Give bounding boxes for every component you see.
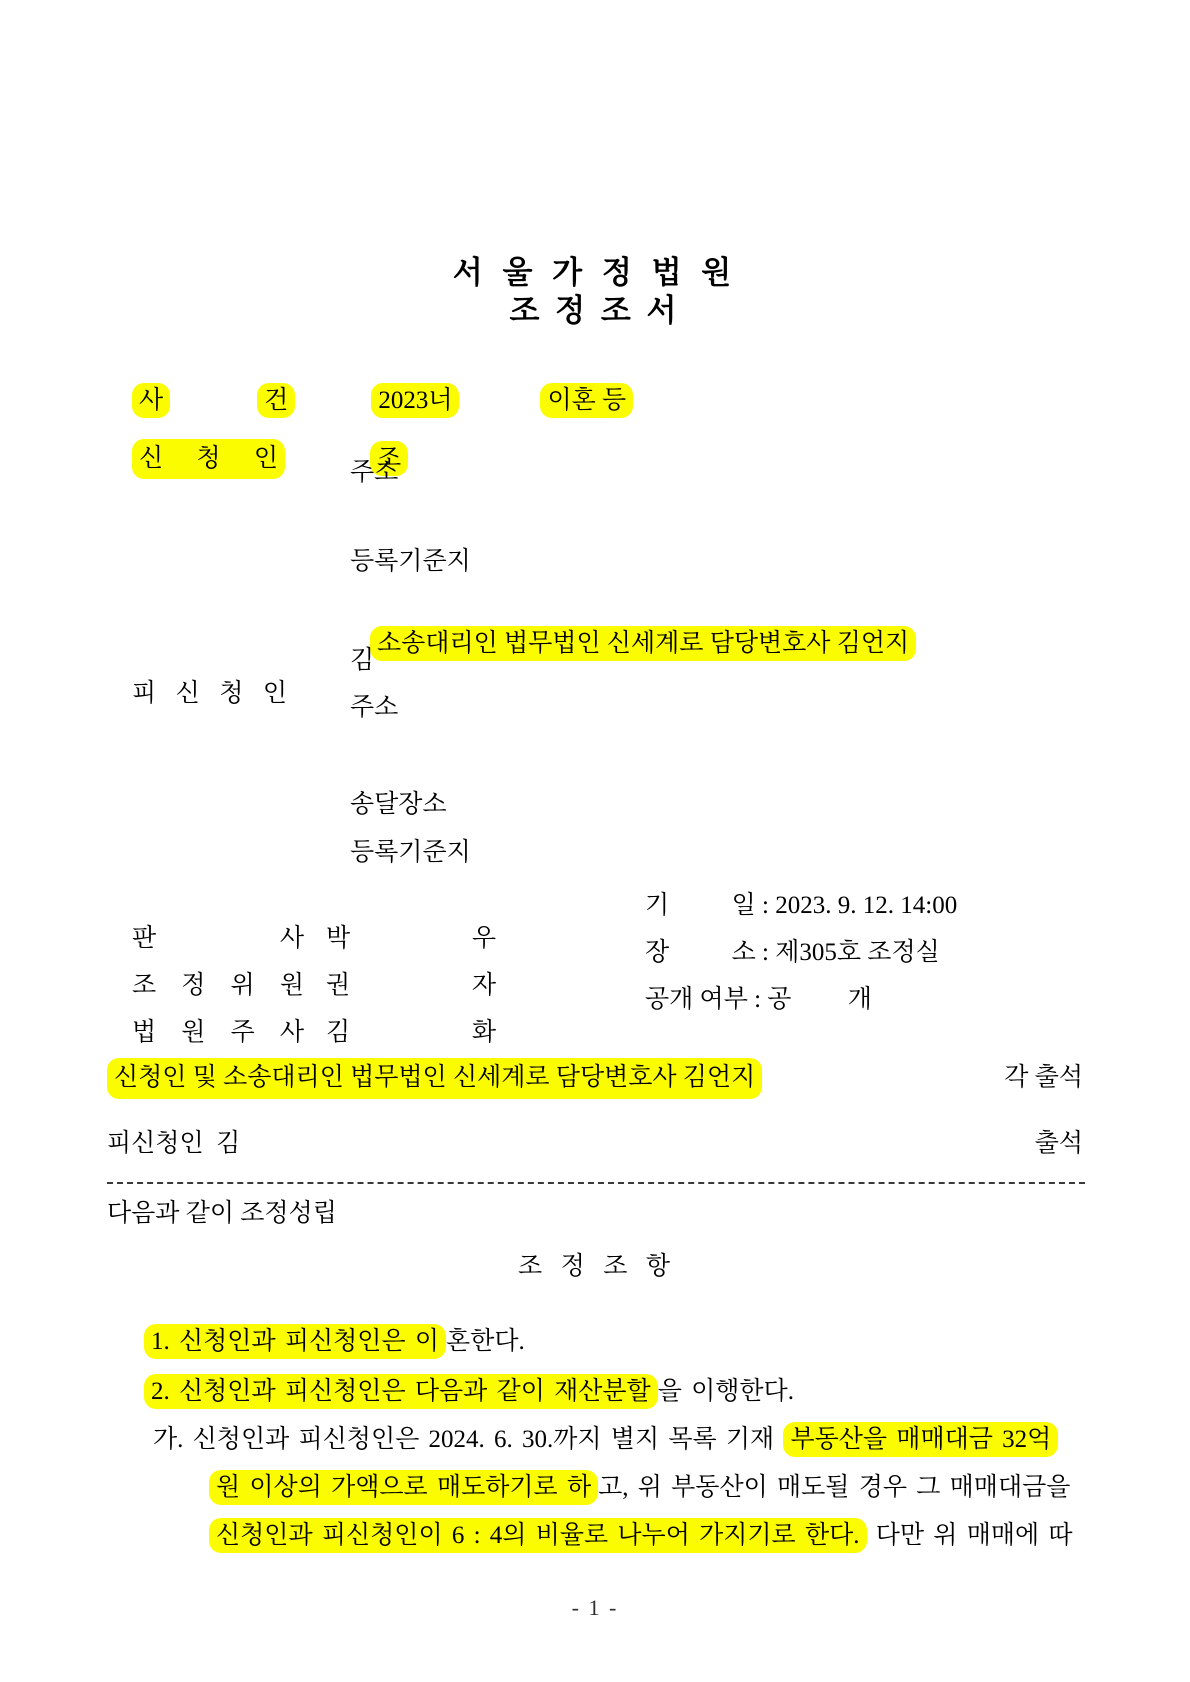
settlement-intro: 다음과 같이 조정성립 xyxy=(107,1198,337,1231)
case-type: 이혼 등 xyxy=(540,383,633,418)
document-page: 서 울 가 정 법 원 조 정 조 서 사건2023너이혼 등 신 청 인조 주… xyxy=(0,0,1190,1682)
term-subitem-ga-line3: 신청인과 피신청인이 6 : 4의 비율로 나누어 가지기로 한다. 다만 위 … xyxy=(172,1487,1073,1585)
attendance-party-respondent: 피신청인 김 xyxy=(107,1128,240,1161)
hearing-place: 장 소 : 제305호 조정실 xyxy=(645,937,940,970)
respondent-row: 피 신 청 인 김 xyxy=(107,645,287,775)
attendance-party-applicant: 신청인 및 소송대리인 법무법인 신세계로 담당변호사 김언지 xyxy=(107,1058,762,1099)
clerk-title: 법 원 주 사 xyxy=(132,1017,304,1050)
attorney-line: 소송대리인 법무법인 신세계로 담당변호사 김언지 xyxy=(370,626,916,661)
subitem-ga-line3-highlight: 신청인과 피신청인이 6 : 4의 비율로 나누어 가지기로 한다. xyxy=(209,1518,867,1553)
clerk-name: 김 화 xyxy=(326,1017,496,1050)
attendance-status-respondent: 출석 xyxy=(1035,1128,1083,1161)
respondent-label: 피 신 청 인 xyxy=(132,678,287,711)
applicant-address-label: 주소 xyxy=(350,457,398,490)
doc-type-title: 조 정 조 서 xyxy=(0,291,1190,331)
attendance-row-respondent: 피신청인 김 출석 xyxy=(107,1128,1083,1161)
respondent-address-label: 주소 xyxy=(350,692,398,725)
respondent-registry-label: 등록기준지 xyxy=(350,837,471,870)
court-name-title: 서 울 가 정 법 원 xyxy=(0,253,1190,293)
dashed-separator xyxy=(107,1182,1085,1184)
attorney-row: 소송대리인 법무법인 신세계로 담당변호사 김언지 xyxy=(345,595,916,693)
service-address-label: 송달장소 xyxy=(350,789,447,822)
subitem-ga-line3-plain: 다만 위 매매에 따 xyxy=(867,1522,1073,1549)
disclosure-status: 공개 여부 : 공 개 xyxy=(645,984,872,1017)
applicant-label: 신 청 인 xyxy=(132,439,285,480)
attendance-status-applicant: 각 출석 xyxy=(1004,1062,1083,1095)
page-number: - 1 - xyxy=(0,1594,1190,1623)
attendance-row-applicant: 신청인 및 소송대리인 법무법인 신세계로 담당변호사 김언지 각 출석 xyxy=(107,1058,1083,1099)
hearing-date: 기 일 : 2023. 9. 12. 14:00 xyxy=(645,890,957,923)
respondent-name: 김 xyxy=(350,645,374,678)
mediation-terms-title: 조 정 조 항 xyxy=(0,1251,1190,1284)
applicant-registry-label: 등록기준지 xyxy=(350,546,471,579)
